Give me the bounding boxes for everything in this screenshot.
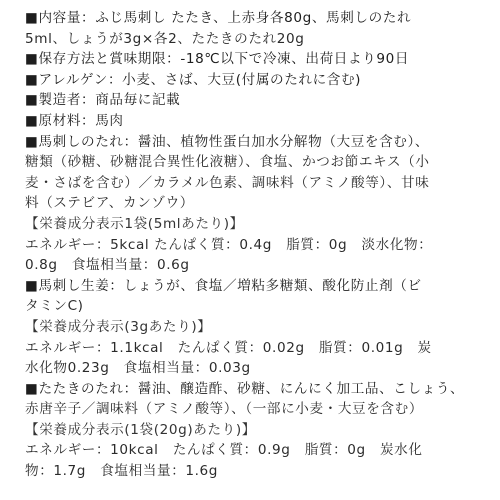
sauce-nutrition-line-1: エネルギー：5kcal たんぱく質：0.4g 脂質：0g 淡水化物： [25,235,475,256]
ingredients-line: ■原材料：馬肉 [25,111,475,132]
ginger-ingredients-line-2: タミンC) [25,296,475,317]
tataki-sauce-ingredients-line-1: ■たたきのたれ：醤油、醸造酢、砂糖、にんにく加工品、こしょう、 [25,379,475,400]
allergen-line: ■アレルゲン：小麦、さば、大豆(付属のたれに含む) [25,70,475,91]
ginger-nutrition-heading: 【栄養成分表示(3gあたり)】 [25,317,475,338]
tataki-sauce-nutrition-heading: 【栄養成分表示(1袋(20g)あたり)】 [25,420,475,441]
tataki-sauce-nutrition-line-1: エネルギー：10kcal たんぱく質：0.9g 脂質：0g 炭水化 [25,440,475,461]
sauce-ingredients-line-4: 料（ステビア、カンゾウ） [25,193,475,214]
sauce-ingredients-line-2: 糖類（砂糖、砂糖混合異性化液糖）、食塩、かつお節エキス（小 [25,152,475,173]
sauce-nutrition-heading: 【栄養成分表示1袋(5mlあたり)】 [25,214,475,235]
sauce-ingredients-line-3: 麦・さばを含む）／カラメル色素、調味料（アミノ酸等）、甘味 [25,173,475,194]
ginger-nutrition-line-2: 水化物0.23g 食塩相当量：0.03g [25,358,475,379]
contents-line-1: ■内容量：ふじ馬刺し たたき、上赤身各80g、馬刺しのたれ [25,8,475,29]
product-info-text: ■内容量：ふじ馬刺し たたき、上赤身各80g、馬刺しのたれ 5ml、しょうが3g… [25,8,475,482]
tataki-sauce-nutrition-line-2: 物：1.7g 食塩相当量：1.6g [25,461,475,482]
sauce-ingredients-line-1: ■馬刺しのたれ：醤油、植物性蛋白加水分解物（大豆を含む）、 [25,132,475,153]
storage-line: ■保存方法と賞味期限：-18℃以下で冷凍、出荷日より90日 [25,49,475,70]
manufacturer-line: ■製造者：商品毎に記載 [25,90,475,111]
ginger-ingredients-line-1: ■馬刺し生姜：しょうが、食塩／増粘多糖類、酸化防止剤（ビ [25,276,475,297]
ginger-nutrition-line-1: エネルギー：1.1kcal たんぱく質：0.02g 脂質：0.01g 炭 [25,338,475,359]
tataki-sauce-ingredients-line-2: 赤唐辛子／調味料（アミノ酸等）、（一部に小麦・大豆を含む） [25,399,475,420]
contents-line-2: 5ml、しょうが3g×各2、たたきのたれ20g [25,29,475,50]
sauce-nutrition-line-2: 0.8g 食塩相当量：0.6g [25,255,475,276]
